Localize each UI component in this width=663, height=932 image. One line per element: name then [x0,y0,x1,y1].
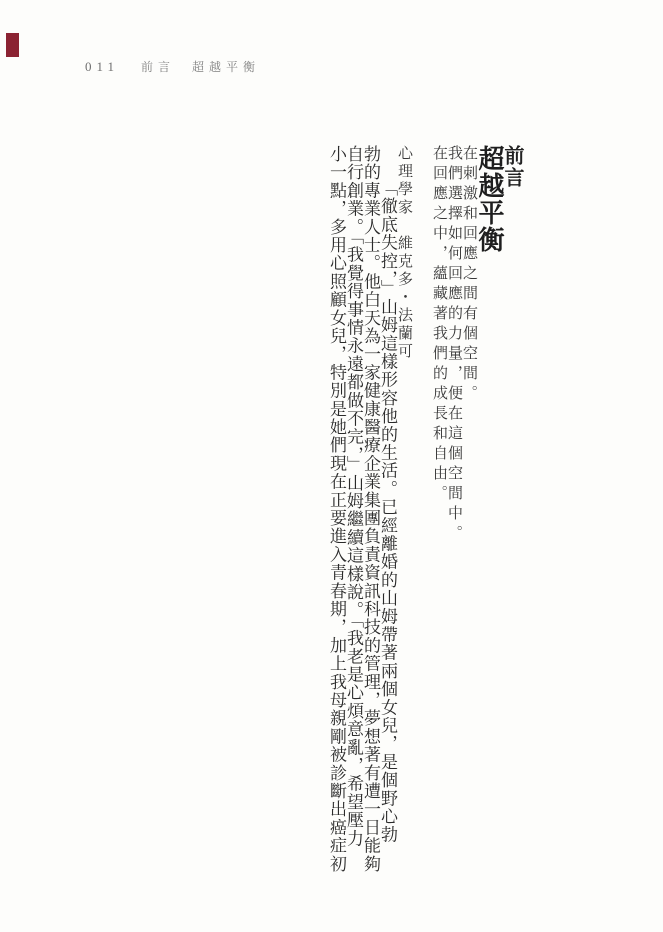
body-text-column: 自行創業。「我覺得事情永遠都做不完，」山姆繼續這樣說。「我老是心煩意亂，希望壓力 [345,145,362,915]
page-header: 011 前言 超越平衡 [85,58,260,75]
page-number: 011 [85,59,119,75]
book-page: 011 前言 超越平衡 前言 超越平衡 在刺激和回應之間有個空間。 我們選擇如何… [0,0,663,932]
epigraph-line: 在回應之中，蘊藏著我們的成長和自由。 [431,145,446,915]
running-title: 前言 超越平衡 [141,58,260,75]
body-text-column: 小一點，多用心照顧女兒，特別是她們現在正要進入青春期，加上我母親剛被診斷出癌症初 [328,145,345,915]
bookmark-tab-marker [6,33,19,57]
epigraph-attribution: 心理學家 維克多・法蘭可 [396,145,411,915]
epigraph-line: 在刺激和回應之間有個空間。 [461,145,476,915]
vertical-text-content: 前言 超越平衡 在刺激和回應之間有個空間。 我們選擇如何回應的力量，便在這個空間… [328,145,522,915]
chapter-label: 前言 [502,145,522,915]
chapter-title: 超越平衡 [476,145,502,915]
body-text-column: 勃的專業人士。他白天為一家健康醫療企業集團負責資訊科技的管理，夢想著有遭一日能夠 [362,145,379,915]
body-text-column: 「徹底失控，」山姆這樣形容他的生活。已經離婚的山姆帶著兩個女兒，是個野心勃 [379,145,396,915]
epigraph-line: 我們選擇如何回應的力量，便在這個空間中。 [446,145,461,915]
